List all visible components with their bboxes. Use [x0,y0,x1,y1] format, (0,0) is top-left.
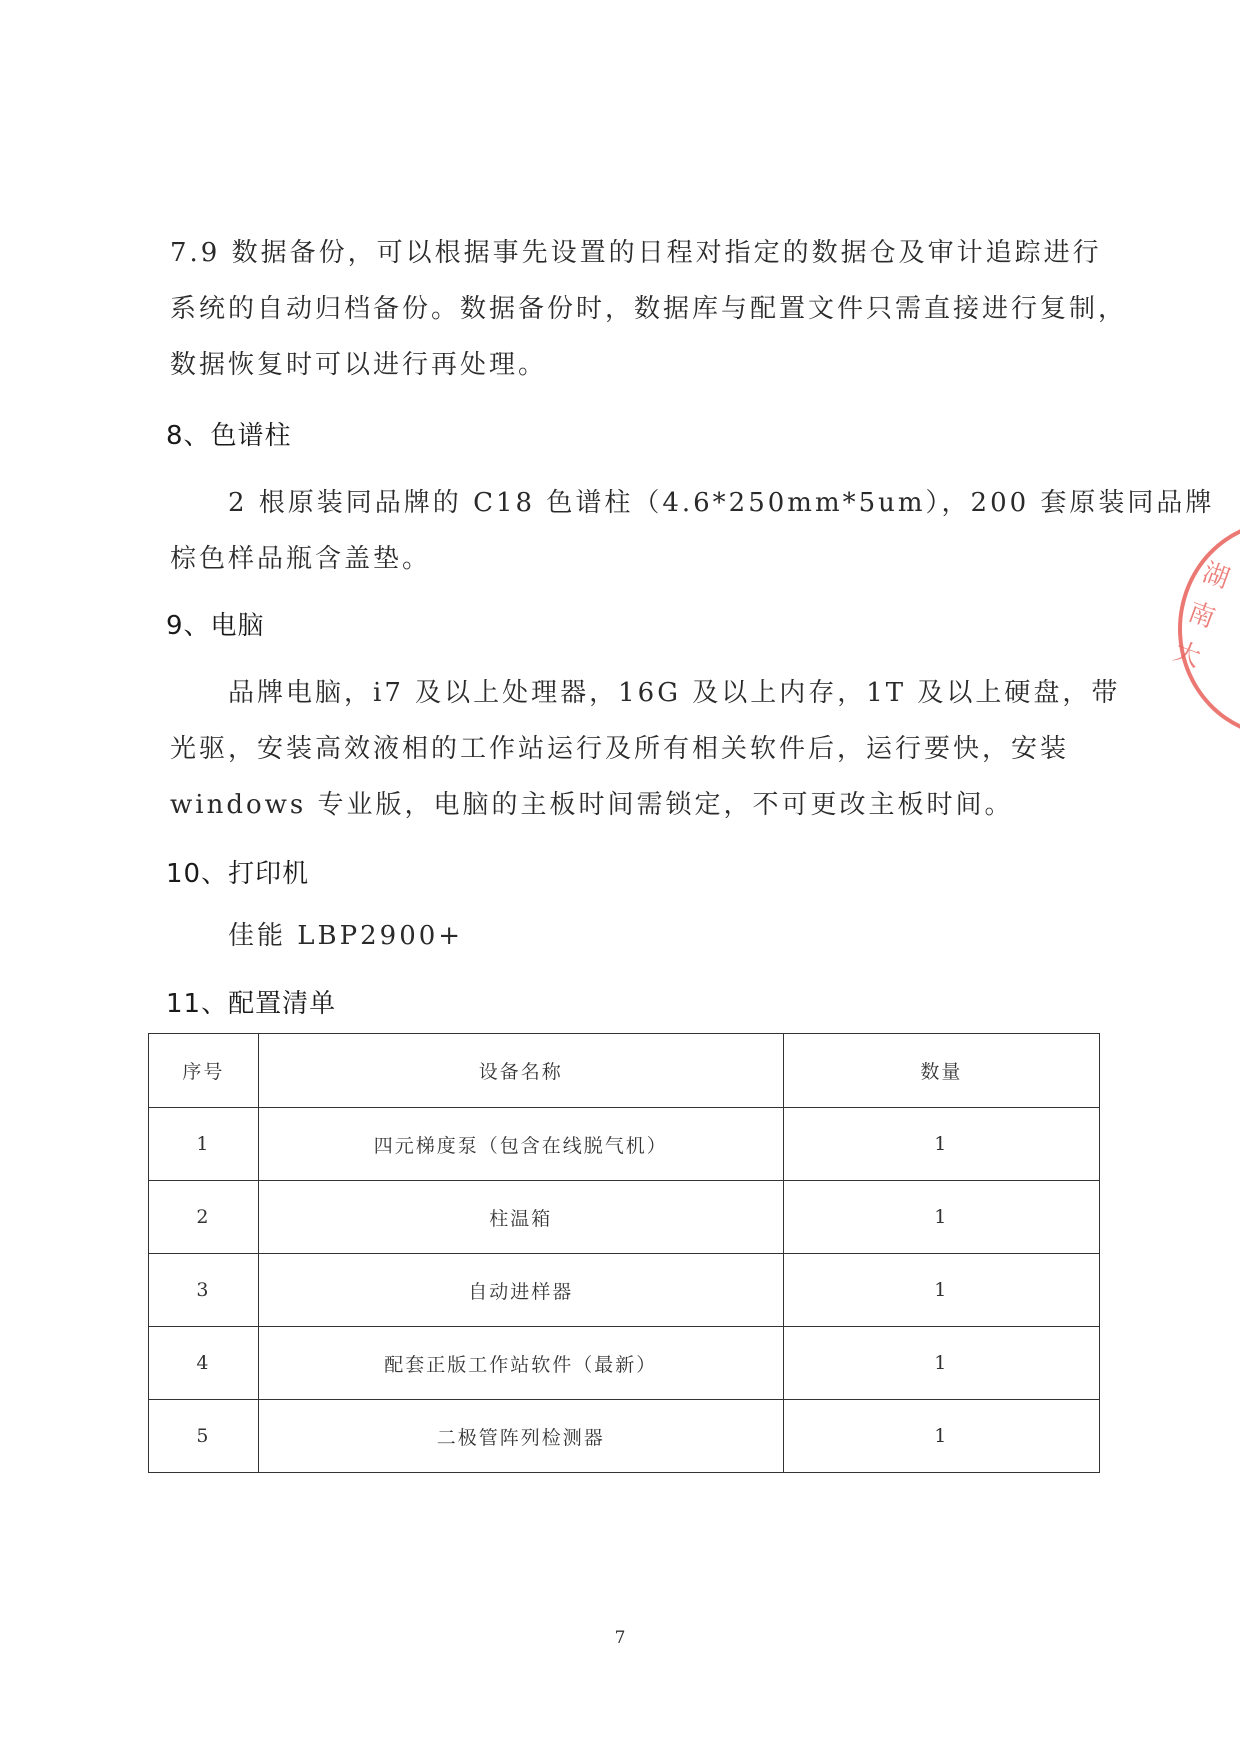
cell-quantity: 1 [783,1400,1099,1473]
table-row: 2 柱温箱 1 [149,1181,1100,1254]
cell-device-name: 柱温箱 [258,1181,783,1254]
section-10-paragraph: 佳能 LBP2900+ [170,908,1100,964]
header-quantity: 数量 [783,1034,1099,1108]
section-11-heading: 11、配置清单 [166,983,336,1020]
section-10-heading: 10、打印机 [166,853,309,890]
paragraph-line: windows 专业版，电脑的主板时间需锁定，不可更改主板时间。 [170,777,1100,833]
paragraph-line: 2 根原装同品牌的 C18 色谱柱（4.6*250mm*5um），200 套原装… [170,475,1100,531]
cell-index: 1 [149,1108,259,1181]
cell-index: 2 [149,1181,259,1254]
table-row: 4 配套正版工作站软件（最新） 1 [149,1327,1100,1400]
cell-quantity: 1 [783,1254,1099,1327]
page-number: 7 [0,1628,1240,1648]
table-row: 1 四元梯度泵（包含在线脱气机） 1 [149,1108,1100,1181]
paragraph-line: 数据恢复时可以进行再处理。 [170,337,1100,393]
section-9-heading: 9、电脑 [166,605,265,642]
cell-quantity: 1 [783,1108,1099,1181]
paragraph-line: 品牌电脑，i7 及以上处理器，16G 及以上内存，1T 及以上硬盘，带 [170,665,1100,721]
cell-index: 4 [149,1327,259,1400]
cell-device-name: 四元梯度泵（包含在线脱气机） [258,1108,783,1181]
paragraph-line: 系统的自动归档备份。数据备份时，数据库与配置文件只需直接进行复制， [170,281,1100,337]
section-8-paragraph: 2 根原装同品牌的 C18 色谱柱（4.6*250mm*5um），200 套原装… [170,475,1100,587]
cell-index: 5 [149,1400,259,1473]
paragraph-line: 光驱，安装高效液相的工作站运行及所有相关软件后，运行要快，安装 [170,721,1100,777]
section-9-paragraph: 品牌电脑，i7 及以上处理器，16G 及以上内存，1T 及以上硬盘，带 光驱，安… [170,665,1100,833]
cell-quantity: 1 [783,1327,1099,1400]
table-row: 5 二极管阵列检测器 1 [149,1400,1100,1473]
cell-device-name: 配套正版工作站软件（最新） [258,1327,783,1400]
section-8-heading: 8、色谱柱 [166,415,292,452]
paragraph-line: 佳能 LBP2900+ [170,908,1100,964]
paragraph-line: 棕色样品瓶含盖垫。 [170,531,1100,587]
table-row: 3 自动进样器 1 [149,1254,1100,1327]
table-header-row: 序号 设备名称 数量 [149,1034,1100,1108]
header-device-name: 设备名称 [258,1034,783,1108]
cell-device-name: 二极管阵列检测器 [258,1400,783,1473]
document-page: 7.9 数据备份，可以根据事先设置的日程对指定的数据仓及审计追踪进行 系统的自动… [0,0,1240,1754]
cell-quantity: 1 [783,1181,1099,1254]
section-7-9-paragraph: 7.9 数据备份，可以根据事先设置的日程对指定的数据仓及审计追踪进行 系统的自动… [170,225,1100,393]
configuration-table: 序号 设备名称 数量 1 四元梯度泵（包含在线脱气机） 1 2 柱温箱 1 3 … [148,1033,1100,1473]
header-index: 序号 [149,1034,259,1108]
cell-device-name: 自动进样器 [258,1254,783,1327]
cell-index: 3 [149,1254,259,1327]
paragraph-line: 7.9 数据备份，可以根据事先设置的日程对指定的数据仓及审计追踪进行 [170,225,1100,281]
